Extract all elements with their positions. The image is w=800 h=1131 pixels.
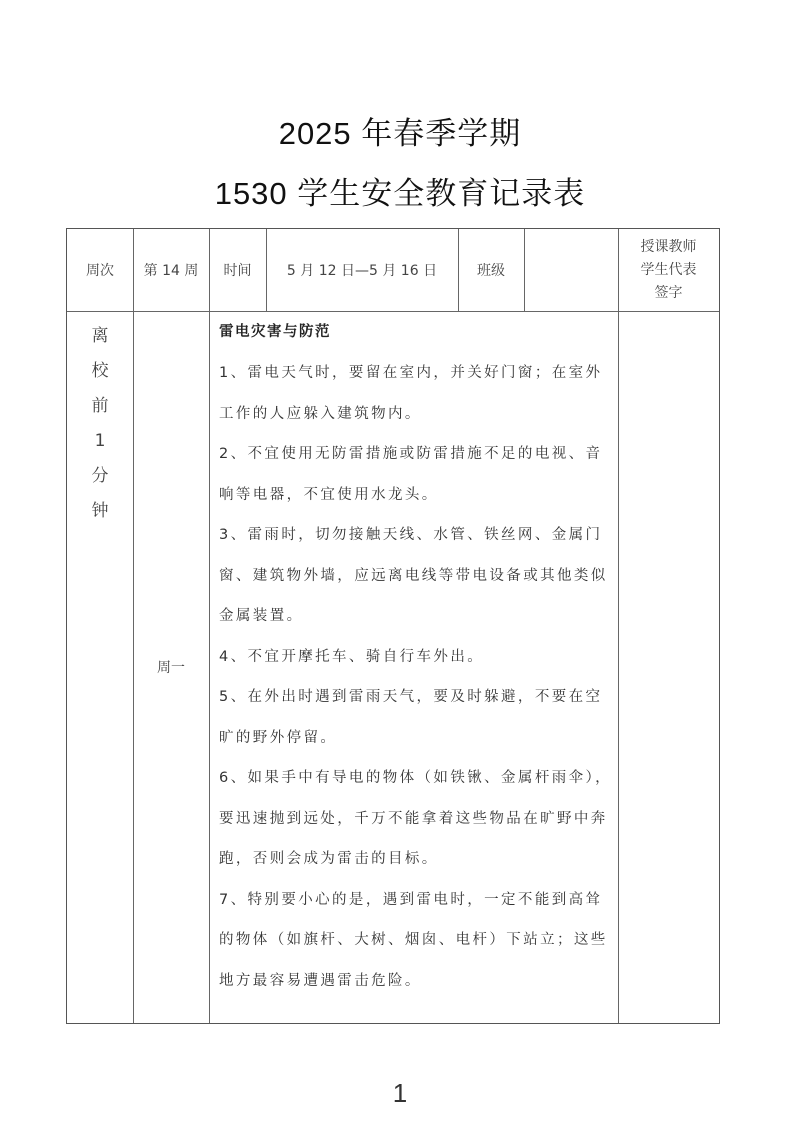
time-value: 5 月 12 日—5 月 16 日 xyxy=(266,229,458,311)
lesson-content: 雷电灾害与防范 1、雷电天气时，要留在室内，并关好门窗；在室外工作的人应躲入建筑… xyxy=(219,321,619,1001)
category-char: 校 xyxy=(92,354,109,389)
sign-label-line: 学生代表 xyxy=(641,259,697,282)
document-subtitle: 1530 学生安全教育记录表 xyxy=(0,168,800,213)
time-label: 时间 xyxy=(209,229,266,311)
record-table: 周次 第 14 周 时间 5 月 12 日—5 月 16 日 班级 授课教师 学… xyxy=(66,228,720,1024)
week-value: 第 14 周 xyxy=(133,229,209,311)
category-char: 前 xyxy=(92,389,109,424)
class-value-field[interactable] xyxy=(524,229,618,311)
week-label: 周次 xyxy=(67,229,133,311)
lesson-paragraph: 5、在外出时遇到雷雨天气，要及时躲避，不要在空旷的野外停留。 xyxy=(219,677,619,758)
document-title: 2025 年春季学期 xyxy=(0,108,800,153)
signature-header: 授课教师 学生代表 签字 xyxy=(618,229,719,311)
class-label: 班级 xyxy=(458,229,524,311)
sign-label-line: 授课教师 xyxy=(641,236,697,259)
day-cell: 周一 xyxy=(133,311,209,1023)
category-cell: 离 校 前 1 分 钟 xyxy=(67,319,133,529)
lesson-paragraph: 7、特别要小心的是，遇到雷电时，一定不能到高耸的物体（如旗杆、大树、烟囱、电杆）… xyxy=(219,880,619,1002)
category-char: 钟 xyxy=(92,494,109,529)
category-char: 离 xyxy=(92,319,109,354)
sign-label-line: 签字 xyxy=(655,282,683,305)
lesson-paragraph: 4、不宜开摩托车、骑自行车外出。 xyxy=(219,637,619,678)
lesson-paragraph: 6、如果手中有导电的物体（如铁锹、金属杆雨伞），要迅速抛到远处，千万不能拿着这些… xyxy=(219,758,619,880)
lesson-paragraph: 3、雷雨时，切勿接触天线、水管、铁丝网、金属门窗、建筑物外墙，应远离电线等带电设… xyxy=(219,515,619,637)
lesson-paragraph: 2、不宜使用无防雷措施或防雷措施不足的电视、音响等电器，不宜使用水龙头。 xyxy=(219,434,619,515)
category-char: 1 xyxy=(95,424,106,459)
signature-field[interactable] xyxy=(618,311,719,1023)
category-char: 分 xyxy=(92,459,109,494)
page-number: 1 xyxy=(0,1078,800,1109)
lesson-topic: 雷电灾害与防范 xyxy=(219,321,619,343)
lesson-paragraph: 1、雷电天气时，要留在室内，并关好门窗；在室外工作的人应躲入建筑物内。 xyxy=(219,353,619,434)
col-divider xyxy=(209,229,210,1023)
